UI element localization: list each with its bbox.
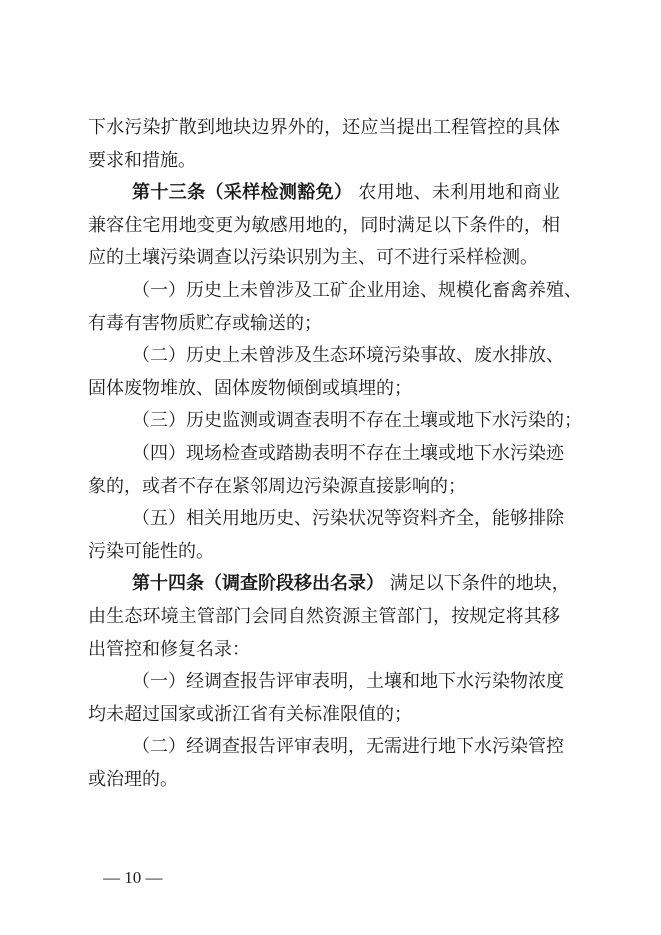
clause-line: （一）经调查报告评审表明，土壤和地下水污染物浓度 [88, 666, 560, 699]
clause-line: （三）历史监测或调查表明不存在土壤或地下水污染的； [88, 405, 560, 438]
paragraph-line: 下水污染扩散到地块边界外的，还应当提出工程管控的具体 [88, 112, 560, 145]
clause-line: （一）历史上未曾涉及工矿企业用途、规模化畜禽养殖、 [88, 275, 560, 308]
clause-line: （二）经调查报告评审表明，无需进行地下水污染管控 [88, 731, 560, 764]
clause-line: 固体废物堆放、固体废物倾倒或填埋的； [88, 373, 560, 406]
clause-line: （五）相关用地历史、污染状况等资料齐全，能够排除 [88, 503, 560, 536]
clause-line: （二）历史上未曾涉及生态环境污染事故、废水排放、 [88, 340, 560, 373]
article-13-title: 第十三条（采样检测豁免） [132, 182, 352, 203]
article-14-heading-line: 第十四条（调查阶段移出名录） 满足以下条件的地块， [88, 568, 560, 601]
document-body: 下水污染扩散到地块边界外的，还应当提出工程管控的具体 要求和措施。 第十三条（采… [88, 112, 560, 796]
page-number: — 10 — [103, 868, 163, 888]
paragraph-line: 出管控和修复名录： [88, 634, 560, 667]
article-13-text: 农用地、未利用地和商业 [352, 182, 560, 203]
article-13-heading-line: 第十三条（采样检测豁免） 农用地、未利用地和商业 [88, 177, 560, 210]
clause-line: 污染可能性的。 [88, 536, 560, 569]
paragraph-line: 应的土壤污染调查以污染识别为主、可不进行采样检测。 [88, 242, 560, 275]
clause-line: 有毒有害物质贮存或输送的； [88, 308, 560, 341]
paragraph-line: 兼容住宅用地变更为敏感用地的，同时满足以下条件的，相 [88, 210, 560, 243]
clause-line: 或治理的。 [88, 764, 560, 797]
article-14-title: 第十四条（调查阶段移出名录） [132, 573, 384, 594]
clause-line: 均未超过国家或浙江省有关标准限值的； [88, 699, 560, 732]
paragraph-line: 由生态环境主管部门会同自然资源主管部门，按规定将其移 [88, 601, 560, 634]
article-14-text: 满足以下条件的地块， [384, 573, 570, 594]
clause-line: （四）现场检查或踏勘表明不存在土壤或地下水污染迹 [88, 438, 560, 471]
clause-line: 象的，或者不存在紧邻周边污染源直接影响的； [88, 471, 560, 504]
paragraph-line: 要求和措施。 [88, 145, 560, 178]
